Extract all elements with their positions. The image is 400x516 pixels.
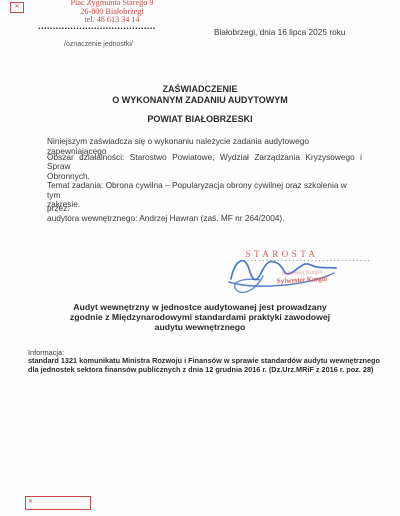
document-title: ZAŚWIADCZENIE O WYKONANYM ZADANIU AUDYTO…: [0, 84, 400, 106]
unit-designation-caption: /oznaczenie jednostki/: [64, 41, 133, 48]
dotted-line: ........................................: [38, 21, 156, 32]
scope-paragraph: Obszar działalności: Starostwo Powiatowe…: [47, 153, 362, 209]
by-label: przez:: [47, 203, 362, 213]
statement-line-3: audytu wewnętrznego: [0, 322, 400, 332]
statement-line-2: zgodnie z Międzynarodowymi standardami p…: [0, 312, 400, 322]
place-and-date: Białobrzegi, dnia 16 lipca 2025 roku: [214, 27, 345, 37]
auditor-paragraph: przez: audytora wewnętrznego: Andrzej Ha…: [47, 203, 362, 223]
topic-line: Temat zadania: Obrona cywilna – Populary…: [47, 181, 362, 200]
subject-heading: POWIAT BIAŁOBRZESKI: [0, 114, 400, 124]
broken-image-placeholder: ✕: [25, 496, 91, 510]
compliance-statement: Audyt wewnętrzny w jednostce audytowanej…: [0, 302, 400, 333]
footnote-text: standard 1321 komunikatu Ministra Rozwoj…: [28, 356, 386, 374]
statement-line-1: Audyt wewnętrzny w jednostce audytowanej…: [0, 302, 400, 312]
area-line: Obszar działalności: Starostwo Powiatowe…: [47, 153, 362, 172]
auditor-line: audytora wewnętrznego: Andrzej Hawran (z…: [47, 213, 362, 223]
certificate-page: ✕ Plac Zygmunta Starego 9 26-800 Białobr…: [0, 0, 400, 516]
broken-image-icon: ✕: [10, 2, 24, 13]
title-line-1: ZAŚWIADCZENIE: [0, 84, 400, 95]
title-line-2: O WYKONANYM ZADANIU AUDYTOWYM: [0, 95, 400, 106]
